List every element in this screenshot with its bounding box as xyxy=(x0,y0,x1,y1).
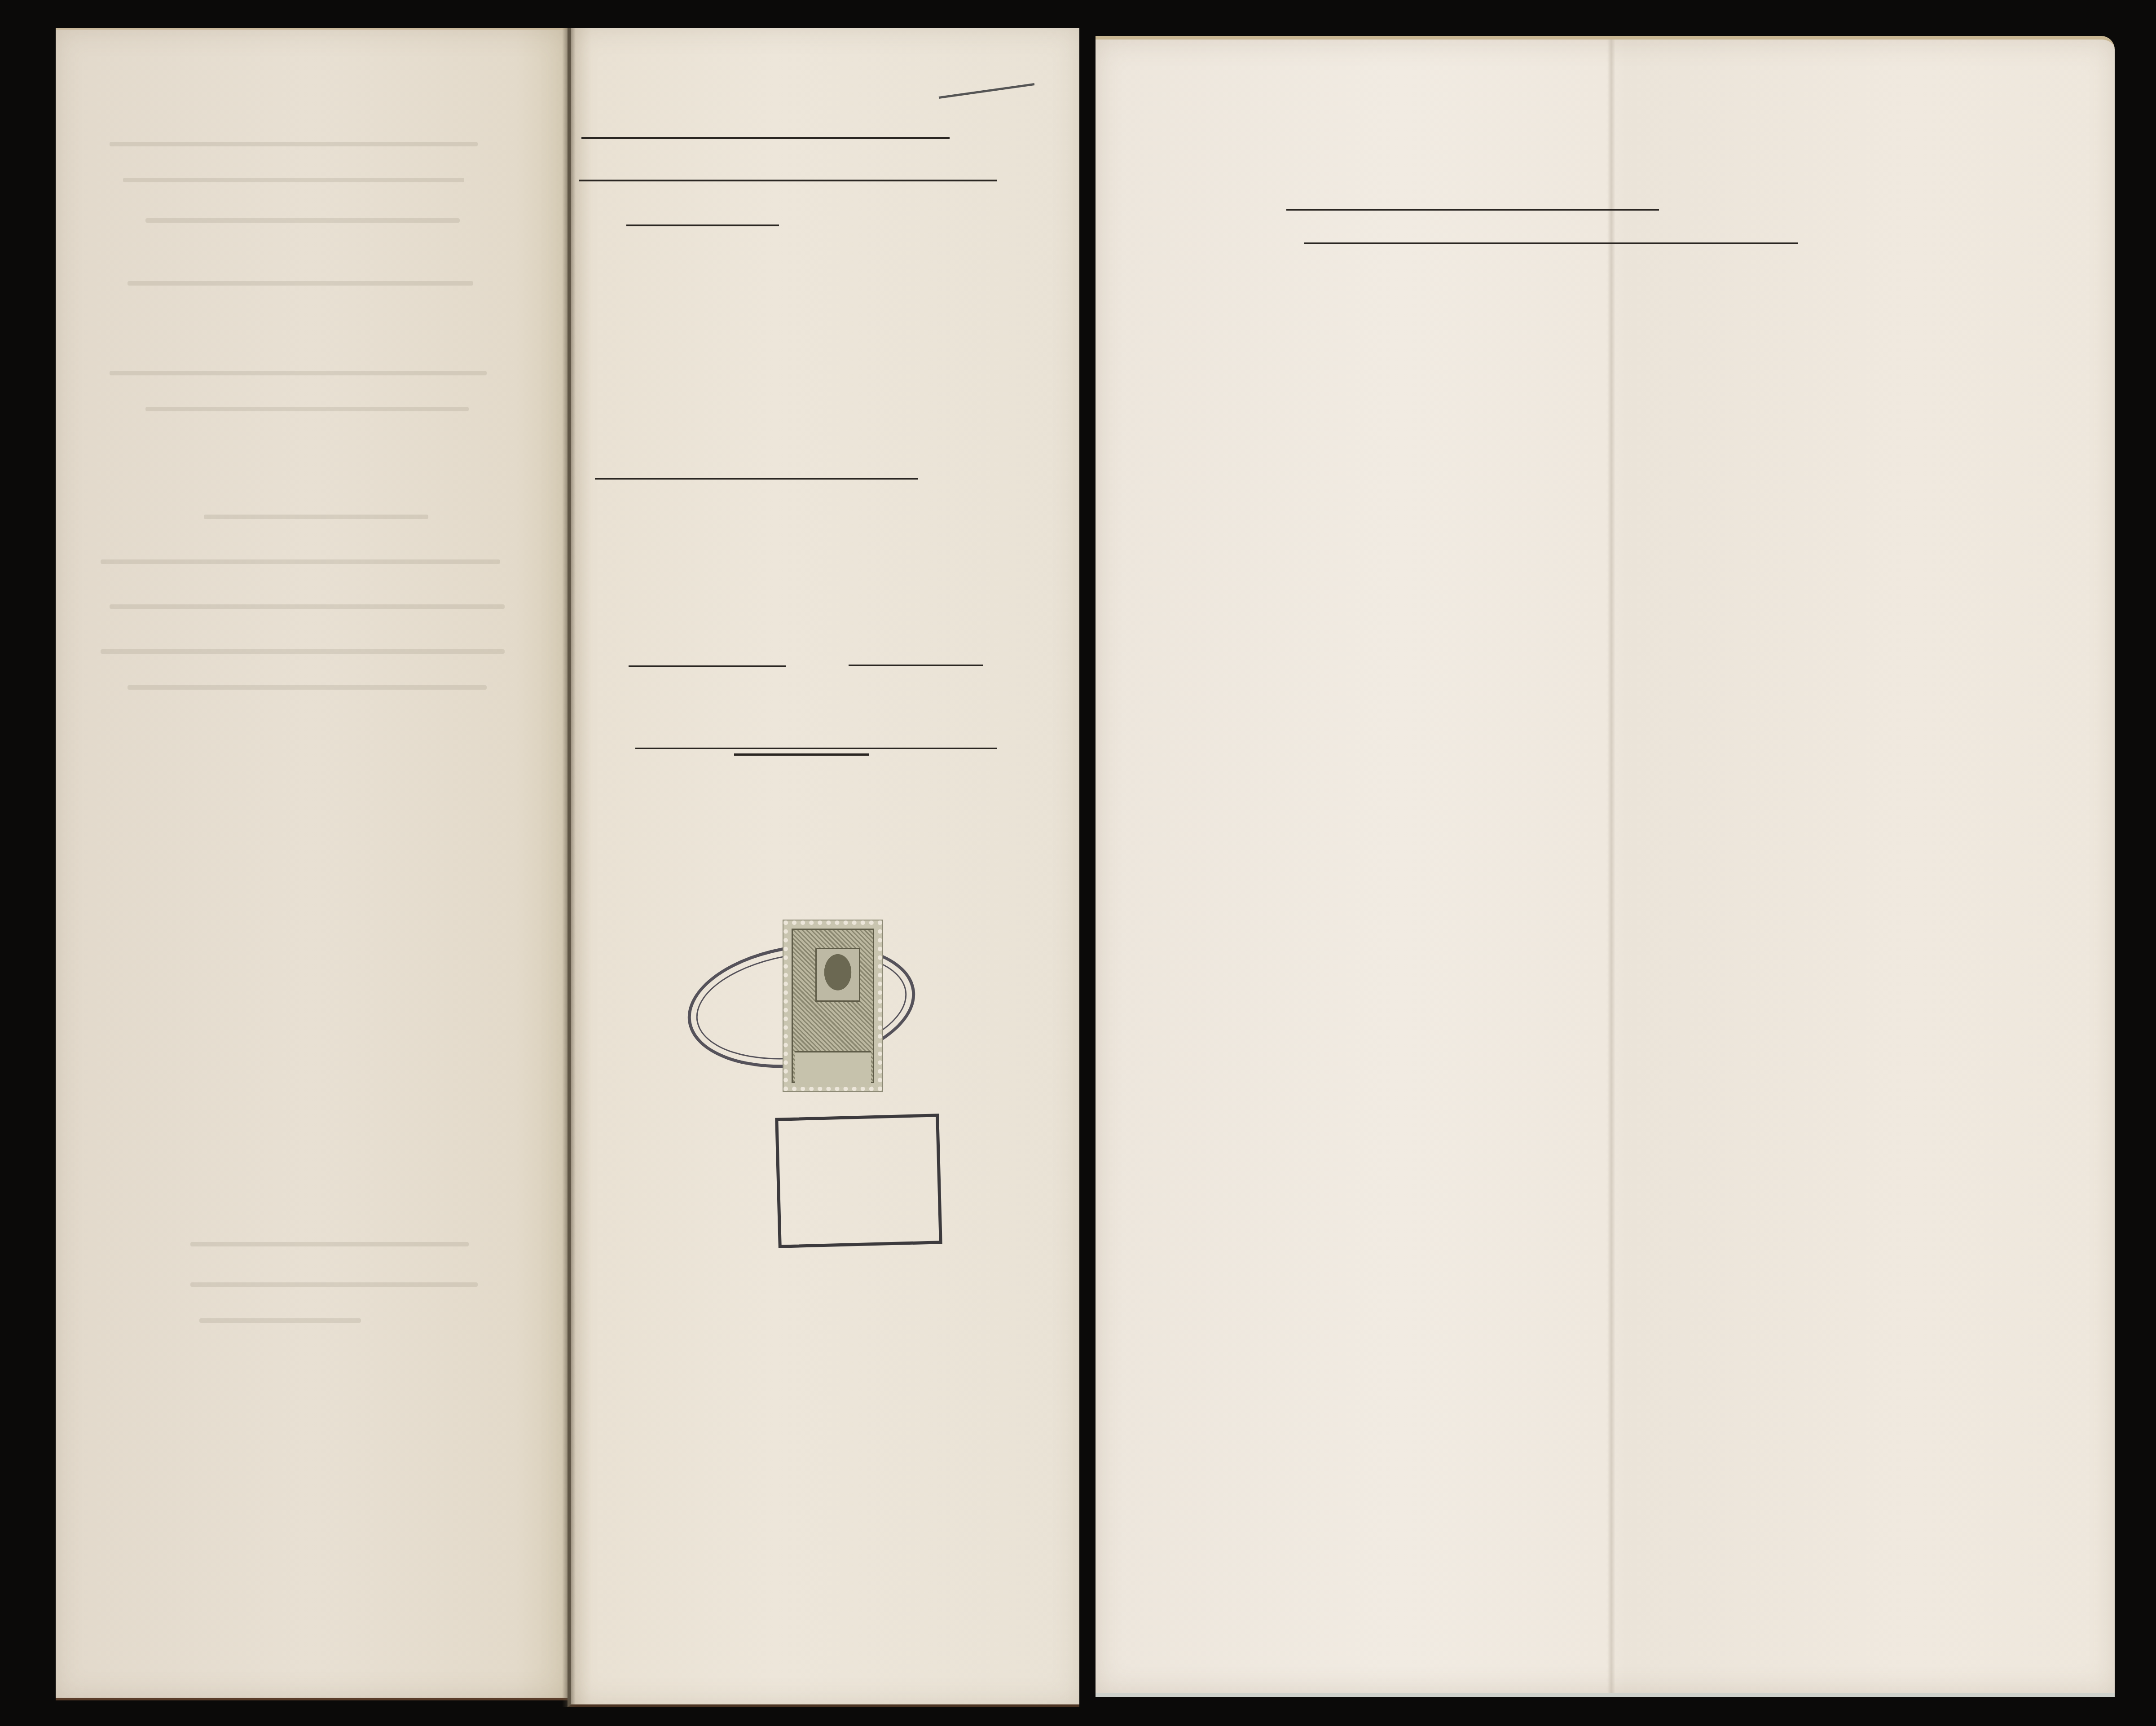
bleed-through-line xyxy=(199,1318,361,1323)
heading-rule xyxy=(1286,209,1659,211)
title-rule-left xyxy=(629,665,786,667)
affidavit-page xyxy=(1096,36,2115,1697)
bleed-through-line xyxy=(204,515,428,519)
bleed-through-line xyxy=(145,407,469,411)
bleed-through-line xyxy=(110,604,505,609)
filed-stamp xyxy=(775,1114,942,1248)
affidavit-fold xyxy=(1607,40,1615,1693)
king-portrait-icon xyxy=(815,948,860,1002)
heading-rule xyxy=(579,180,997,181)
bleed-through-line xyxy=(110,371,487,375)
bleed-through-line xyxy=(190,1282,478,1287)
heading-rule xyxy=(626,225,779,226)
bleed-through-line xyxy=(123,178,464,182)
title-rule-right xyxy=(849,665,983,666)
bleed-through-line xyxy=(145,218,460,223)
document-photo xyxy=(0,0,2156,1726)
bleed-through-line xyxy=(110,142,478,146)
bleed-through-line xyxy=(101,649,505,654)
heading-rule xyxy=(1304,242,1798,244)
heading-rule xyxy=(581,137,950,139)
back-page xyxy=(56,28,568,1700)
title-rule-bottom xyxy=(635,748,997,749)
bleed-through-line xyxy=(101,559,500,564)
judicature-fee-stamp xyxy=(783,920,882,1091)
cover-page xyxy=(568,28,1079,1707)
bleed-through-line xyxy=(128,685,487,690)
spine-fold xyxy=(562,28,576,1707)
title-rule-short xyxy=(734,753,869,756)
bleed-through-line xyxy=(190,1242,469,1246)
matter-rule xyxy=(595,478,918,480)
bleed-through-line xyxy=(128,281,473,286)
stamp-label xyxy=(795,1051,871,1087)
